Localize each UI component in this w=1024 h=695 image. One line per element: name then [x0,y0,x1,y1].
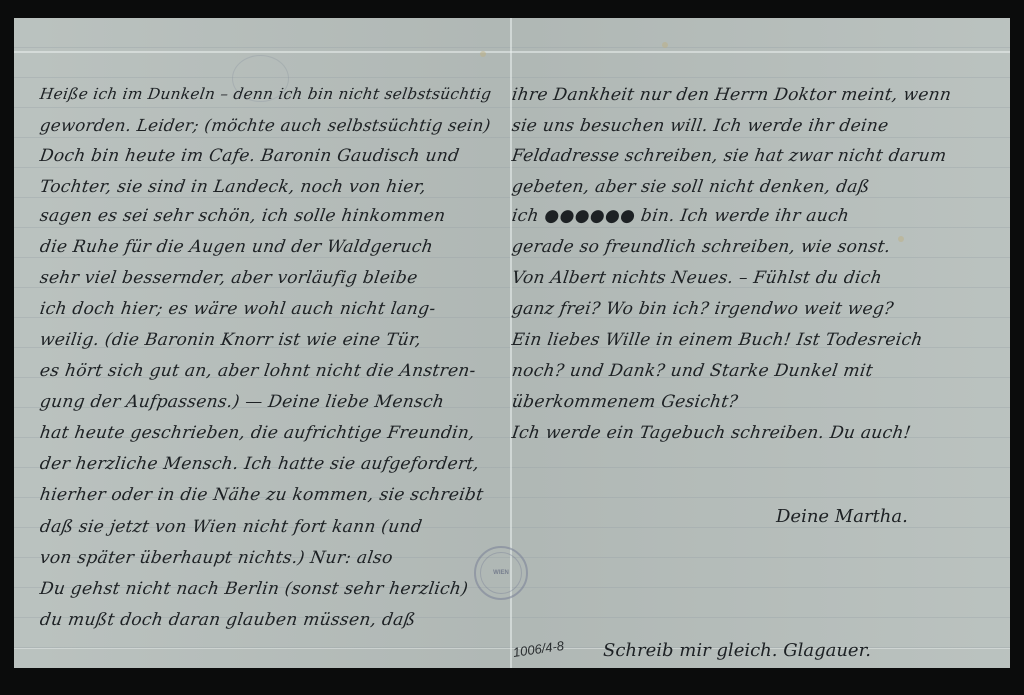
text-line: Tochter, sie sind in Landeck, noch von h… [39,177,428,197]
text-line: Ich werde ein Tagebuch schreiben. Du auc… [511,423,913,443]
text-line: ganz frei? Wo bin ich? irgendwo weit weg… [511,299,895,319]
postscript: Schreib mir gleich. Glagauer. [603,640,871,661]
top-fold [14,51,1010,53]
text-line: noch? und Dank? und Starke Dunkel mit [511,361,875,381]
text-line: gebeten, aber sie soll nicht denken, daß [511,177,871,197]
text-line: Heiße ich im Dunkeln – denn ich bin nich… [39,85,493,103]
stamp-center-text: WIEN [493,570,509,576]
text-line: ich doch hier; es wäre wohl auch nicht l… [39,299,437,319]
text-line: gerade so freundlich schreiben, wie sons… [511,237,892,257]
paper-stain [898,236,904,242]
paper-stain [662,42,668,48]
text-line: ihre Dankheit nur den Herrn Doktor meint… [511,85,953,105]
text-line: die Ruhe für die Augen und der Waldgeruc… [39,237,435,257]
text-line: sehr viel bessernder, aber vorläufig ble… [39,268,419,288]
text-line: hierher oder in die Nähe zu kommen, sie … [39,485,485,505]
paper-stain [480,51,486,57]
text-line: Feldadresse schreiben, sie hat zwar nich… [511,146,948,166]
text-line: Du gehst nicht nach Berlin (sonst sehr h… [39,579,470,599]
text-line: geworden. Leider; (möchte auch selbstsüc… [39,116,492,135]
signature: Deine Martha. [776,506,908,527]
text-line: daß sie jetzt von Wien nicht fort kann (… [39,517,424,537]
text-line: ich ●●●●●● bin. Ich werde ihr auch [511,206,851,226]
text-line: von später überhaupt nichts.) Nur: also [39,548,394,568]
text-line: hat heute geschrieben, die aufrichtige F… [39,423,477,443]
text-line: überkommenem Gesicht? [511,392,740,412]
text-line: sagen es sei sehr schön, ich solle hinko… [39,206,447,226]
text-line: der herzliche Mensch. Ich hatte sie aufg… [39,454,481,474]
text-line: Ein liebes Wille in einem Buch! Ist Tode… [511,330,924,350]
text-line: Von Albert nichts Neues. – Fühlst du dic… [511,268,884,288]
text-line: du mußt doch daran glauben müssen, daß [39,610,417,630]
text-line: sie uns besuchen will. Ich werde ihr dei… [511,116,890,136]
library-stamp: WIEN [474,546,528,600]
stamp-inner-ring: WIEN [480,552,522,594]
text-line: weilig. (die Baronin Knorr ist wie eine … [39,330,423,350]
text-line: Doch bin heute im Cafe. Baronin Gaudisch… [39,146,461,166]
text-line: gung der Aufpassens.) — Deine liebe Mens… [39,392,446,412]
text-line: es hört sich gut an, aber lohnt nicht di… [39,361,477,381]
